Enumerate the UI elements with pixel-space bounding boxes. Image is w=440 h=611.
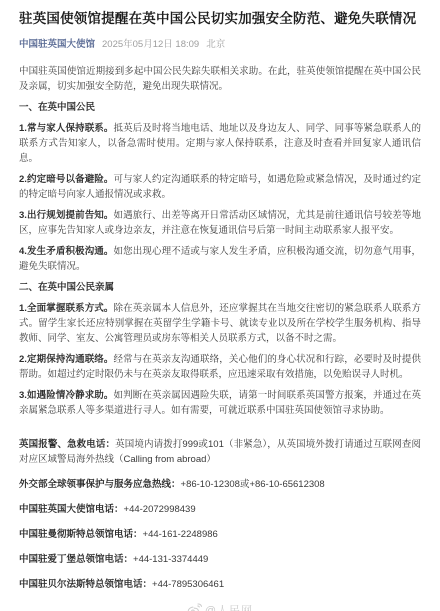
hotline-value: +44-2072998439 [124, 504, 196, 515]
emergency-contacts: 英国报警、急救电话：英国境内请拨打999或101（非紧急），从英国境外拨打请通过… [19, 437, 421, 592]
hotline-label: 中国驻曼彻斯特总领馆电话： [19, 529, 143, 540]
list-item-lead: 2.定期保持沟通联络。 [19, 354, 114, 365]
intro-paragraph: 中国驻英国使馆近期接到多起中国公民失踪失联相关求助。在此，驻英使领馆提醒在英中国… [19, 64, 421, 94]
list-item: 1.常与家人保持联系。抵英后及时将当地电话、地址以及身边友人、同学、同事等紧急联… [19, 121, 421, 166]
hotline-consulate-edinburgh: 中国驻爱丁堡总领馆电话：+44-131-3374449 [19, 552, 421, 567]
list-item: 3.如遇险情冷静求助。如判断在英亲属因遇险失联，请第一时间联系英国警方报案，并通… [19, 388, 421, 418]
author-link[interactable]: 中国驻英国大使馆 [19, 36, 95, 50]
hotline-value: +86-10-12308或+86-10-65612308 [181, 479, 325, 490]
article-byline: 中国驻英国大使馆 2025年05月12日 18:09 北京 [19, 36, 421, 50]
section-heading-1: 一、在英中国公民 [19, 100, 421, 115]
hotline-consulate-belfast: 中国驻贝尔法斯特总领馆电话：+44-7895306461 [19, 577, 421, 592]
article-title: 驻英国使领馆提醒在英中国公民切实加强安全防范、避免失联情况 [19, 9, 421, 29]
list-item: 3.出行规划提前告知。如遇旅行、出差等离开日常活动区域情况，尤其是前往通讯信号较… [19, 208, 421, 238]
list-item: 2.定期保持沟通联络。经常与在英亲友沟通联络，关心他们的身心状况和行踪，必要时及… [19, 352, 421, 382]
list-item: 2.约定暗号以备避险。可与家人约定沟通联系的特定暗号，如遇危险或紧急情况，及时通… [19, 172, 421, 202]
list-item: 1.全面掌握联系方式。除在英亲属本人信息外，还应掌握其在当地交往密切的紧急联系人… [19, 301, 421, 346]
hotline-consulate-manchester: 中国驻曼彻斯特总领馆电话：+44-161-2248986 [19, 527, 421, 542]
list-item: 4.发生矛盾积极沟通。如您出现心理不适或与家人发生矛盾，应积极沟通交流，切勿意气… [19, 244, 421, 274]
list-item-lead: 3.如遇险情冷静求助。 [19, 390, 114, 401]
list-item-lead: 1.常与家人保持联系。 [19, 123, 114, 134]
list-item-lead: 3.出行规划提前告知。 [19, 210, 114, 221]
list-item-lead: 1.全面掌握联系方式。 [19, 303, 114, 314]
list-item-lead: 2.约定暗号以备避险。 [19, 174, 114, 185]
hotline-value: +44-131-3374449 [133, 554, 208, 565]
hotline-label: 外交部全球领事保护与服务应急热线： [19, 479, 181, 490]
article-page: 驻英国使领馆提醒在英中国公民切实加强安全防范、避免失联情况 中国驻英国大使馆 2… [0, 0, 440, 611]
section-heading-2: 二、在英中国公民亲属 [19, 280, 421, 295]
hotline-label: 中国驻英国大使馆电话： [19, 504, 124, 515]
hotline-label: 中国驻爱丁堡总领馆电话： [19, 554, 133, 565]
hotline-label: 中国驻贝尔法斯特总领馆电话： [19, 579, 152, 590]
hotline-value: +44-161-2248986 [143, 529, 218, 540]
list-item-lead: 4.发生矛盾积极沟通。 [19, 246, 114, 257]
hotline-label: 英国报警、急救电话： [19, 439, 115, 450]
publish-date: 2025年05月12日 18:09 [102, 36, 199, 50]
watermark-text: @人民网 [205, 602, 253, 611]
source-watermark: @人民网 [19, 602, 421, 611]
weibo-logo-icon [187, 603, 202, 611]
hotline-value: +44-7895306461 [152, 579, 224, 590]
publish-location: 北京 [206, 36, 225, 50]
hotline-uk-police: 英国报警、急救电话：英国境内请拨打999或101（非紧急），从英国境外拨打请通过… [19, 437, 421, 467]
hotline-mfa: 外交部全球领事保护与服务应急热线：+86-10-12308或+86-10-656… [19, 477, 421, 492]
hotline-embassy-london: 中国驻英国大使馆电话：+44-2072998439 [19, 502, 421, 517]
